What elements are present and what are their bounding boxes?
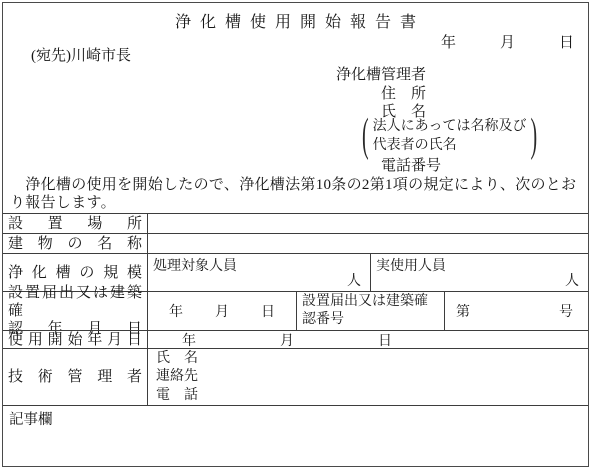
table-row-location: 設置場所 bbox=[3, 213, 588, 233]
tech-contact-label: 連絡先 bbox=[156, 368, 580, 386]
notify-date-label-line1: 設置届出又は建築確 bbox=[8, 284, 142, 320]
corporate-note-text: 法人にあっては名称及び 代表者の氏名 bbox=[373, 117, 527, 155]
tech-manager-field[interactable]: 氏 名 連絡先 電 話 bbox=[148, 349, 588, 405]
recipient-line: (宛先)川崎市長 bbox=[31, 44, 131, 65]
building-label: 建物の名称 bbox=[8, 235, 142, 253]
scale-label: 浄化槽の規模 bbox=[8, 264, 142, 282]
location-label: 設置場所 bbox=[8, 215, 142, 233]
paren-close-glyph: ) bbox=[531, 113, 538, 160]
paren-open-glyph: ( bbox=[362, 113, 369, 160]
table-row-notification: 設置届出又は建築確 認年月日 年 月 日 設置届出又は建築確 認番号 第 号 bbox=[3, 291, 588, 330]
notify-date-year: 年 bbox=[169, 301, 183, 321]
corporate-note-line1: 法人にあっては名称及び bbox=[373, 119, 527, 134]
notify-number-prefix: 第 bbox=[456, 301, 470, 321]
notify-date-month: 月 bbox=[215, 301, 229, 321]
notes-label: 記事欄 bbox=[9, 412, 53, 428]
start-date-year: 年 bbox=[182, 330, 196, 350]
tech-manager-label-cell: 技術管理者 bbox=[3, 349, 148, 405]
manager-phone-label: 電話番号 bbox=[381, 154, 441, 175]
body-paragraph: 浄化槽の使用を開始したので、浄化槽法第10条の2第1項の規定により、次のとおり報… bbox=[10, 177, 582, 212]
tech-phone-label: 電 話 bbox=[156, 387, 580, 405]
report-form-page: 浄化槽使用開始報告書 年 月 日 (宛先)川崎市長 浄化槽管理者 住 所 氏 名… bbox=[2, 2, 589, 467]
date-year-label: 年 bbox=[441, 31, 456, 52]
tech-name-label: 氏 名 bbox=[156, 350, 580, 368]
table-row-start-date: 使用開始年月日 年 月 日 bbox=[3, 330, 588, 348]
form-title: 浄化槽使用開始報告書 bbox=[3, 9, 588, 32]
actual-people-label: 実使用人員 bbox=[376, 255, 446, 275]
actual-people-field[interactable]: 実使用人員 人 bbox=[370, 254, 588, 291]
notify-number-field[interactable]: 第 号 bbox=[444, 292, 588, 330]
notify-number-label-cell: 設置届出又は建築確 認番号 bbox=[296, 292, 444, 330]
location-label-cell: 設置場所 bbox=[3, 214, 148, 233]
start-date-label: 使用開始年月日 bbox=[8, 331, 142, 349]
table-row-tech-manager: 技術管理者 氏 名 連絡先 電 話 bbox=[3, 348, 588, 405]
treatment-people-label: 処理対象人員 bbox=[153, 255, 237, 275]
start-date-field[interactable]: 年 月 日 bbox=[148, 331, 588, 348]
start-date-month: 月 bbox=[280, 330, 294, 350]
notify-number-label-line1: 設置届出又は建築確 bbox=[302, 293, 439, 311]
report-table: 設置場所 建物の名称 浄化槽の規模 処理対象人員 人 bbox=[3, 213, 588, 466]
tech-manager-label: 技術管理者 bbox=[8, 368, 142, 386]
start-date-day: 日 bbox=[378, 330, 392, 350]
date-month-label: 月 bbox=[500, 31, 515, 52]
treatment-people-field[interactable]: 処理対象人員 人 bbox=[148, 254, 370, 291]
report-date-line: 年 月 日 bbox=[441, 31, 574, 52]
building-label-cell: 建物の名称 bbox=[3, 234, 148, 253]
manager-heading: 浄化槽管理者 bbox=[336, 63, 426, 84]
notify-number-suffix: 号 bbox=[559, 301, 573, 321]
notify-number-label-line2: 認番号 bbox=[302, 311, 439, 329]
corporate-note: ( 法人にあっては名称及び 代表者の氏名 ) bbox=[362, 113, 537, 159]
table-row-building: 建物の名称 bbox=[3, 233, 588, 253]
date-day-label: 日 bbox=[559, 31, 574, 52]
table-row-notes: 記事欄 bbox=[3, 405, 588, 466]
treatment-people-unit: 人 bbox=[347, 270, 361, 290]
location-field[interactable] bbox=[148, 214, 588, 233]
document-canvas: 浄化槽使用開始報告書 年 月 日 (宛先)川崎市長 浄化槽管理者 住 所 氏 名… bbox=[0, 0, 591, 469]
actual-people-unit: 人 bbox=[565, 270, 579, 290]
notify-date-field[interactable]: 年 月 日 bbox=[148, 292, 296, 330]
building-name-field[interactable] bbox=[148, 234, 588, 253]
notify-date-label-cell: 設置届出又は建築確 認年月日 bbox=[3, 292, 148, 330]
notes-field[interactable]: 記事欄 bbox=[3, 406, 588, 466]
notify-date-day: 日 bbox=[261, 301, 275, 321]
start-date-label-cell: 使用開始年月日 bbox=[3, 331, 148, 348]
corporate-note-line2: 代表者の氏名 bbox=[373, 138, 457, 153]
